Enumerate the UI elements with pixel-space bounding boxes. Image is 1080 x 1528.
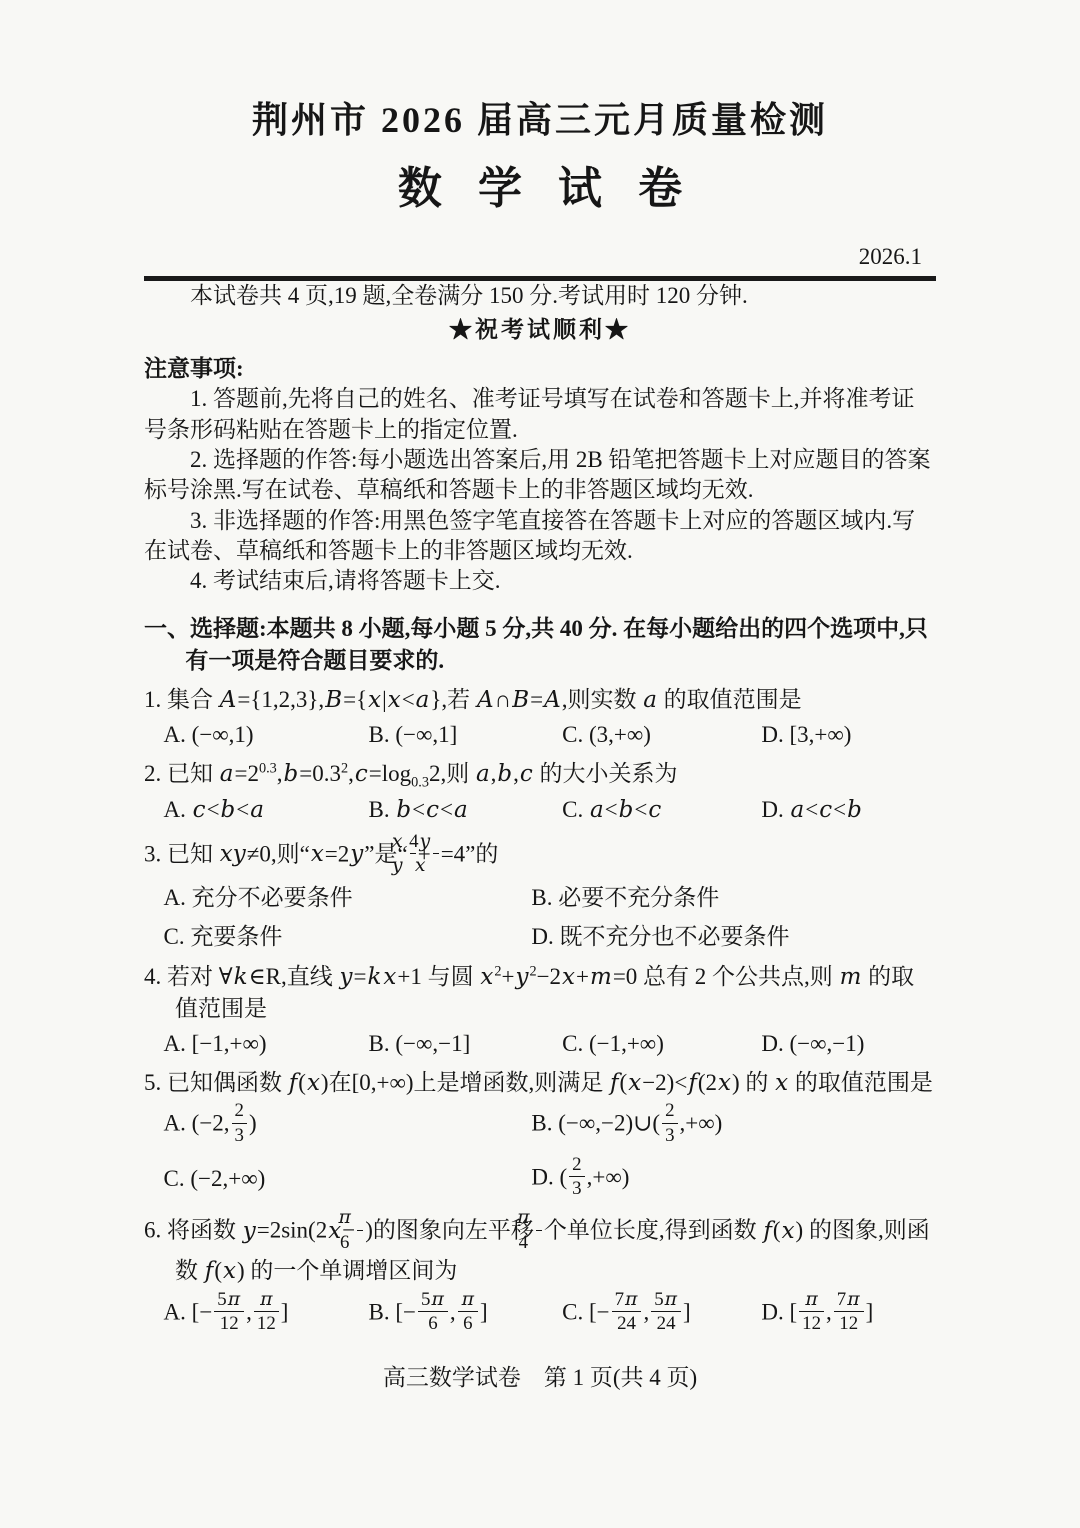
paper-summary: 本试卷共 4 页,19 题,全卷满分 150 分.考试用时 120 分钟. <box>144 281 936 311</box>
exam-title: 荆州市 2026 届高三元月质量检测 <box>144 100 936 141</box>
question-stem: 3. 已知 xy≠0,则“x=2y”是“xy+4yx=4”的 <box>144 833 936 879</box>
notice-item-1: 1. 答题前,先将自己的姓名、准考证号填写在试卷和答题卡上,并将准考证号条形码粘… <box>144 384 936 445</box>
fraction: 23 <box>662 1100 677 1146</box>
question-option: B. b<c<a <box>369 794 563 826</box>
question-option: A. 充分不必要条件 <box>164 882 532 914</box>
fraction: 5π24 <box>651 1289 681 1335</box>
fraction: 23 <box>232 1100 247 1146</box>
question-option: D. [3,+∞) <box>761 719 936 751</box>
question-option: D. 既不充分也不必要条件 <box>531 921 936 953</box>
question-option: A. c<b<a <box>164 794 369 826</box>
question-options: A. [−1,+∞)B. (−∞,−1]C. (−1,+∞)D. (−∞,−1) <box>144 1028 936 1060</box>
good-luck-line: ★祝考试顺利★ <box>144 315 936 345</box>
question-option: A. (−∞,1) <box>164 719 369 751</box>
fraction: 23 <box>569 1154 584 1200</box>
question-option: A. [−1,+∞) <box>164 1028 369 1060</box>
question-option: C. (3,+∞) <box>562 719 761 751</box>
question: 5. 已知偶函数 f(x)在[0,+∞)上是增函数,则满足 f(x−2)<f(2… <box>144 1067 936 1202</box>
question-option: A. (−2,23) <box>164 1102 532 1148</box>
fraction: π6 <box>357 1207 363 1253</box>
question-option: C. a<b<c <box>562 794 761 826</box>
question-stem: 1. 集合 A={1,2,3},B={x|x<a},若 A∩B=A,则实数 a … <box>144 684 936 716</box>
question: 4. 若对 ∀k∈R,直线 y=kx+1 与圆 x2+y2−2x+m=0 总有 … <box>144 961 936 1061</box>
fraction: 4yx <box>433 831 439 877</box>
section1-heading: 一、选择题:本题共 8 小题,每小题 5 分,共 40 分. 在每小题给出的四个… <box>144 613 936 677</box>
notice-item-2: 2. 选择题的作答:每小题选出答案后,用 2B 铅笔把答题卡上对应题目的答案标号… <box>144 445 936 506</box>
question-options: A. c<b<aB. b<c<aC. a<b<cD. a<c<b <box>144 794 936 826</box>
fraction: π6 <box>458 1289 478 1335</box>
question-option: C. (−2,+∞) <box>164 1163 532 1195</box>
fraction: 5π12 <box>214 1289 244 1335</box>
fraction: π12 <box>799 1289 824 1335</box>
question-options: A. (−2,23)B. (−∞,−2)∪(23,+∞)C. (−2,+∞)D.… <box>144 1102 936 1202</box>
notice-heading: 注意事项: <box>144 354 936 384</box>
notice-item-4: 4. 考试结束后,请将答题卡上交. <box>144 566 936 596</box>
subject-title: 数学试卷 <box>144 165 936 213</box>
page-footer: 高三数学试卷 第 1 页(共 4 页) <box>144 1363 936 1393</box>
question: 2. 已知 a=20.3,b=0.32,c=log0.32,则 a,b,c 的大… <box>144 758 936 825</box>
fraction: π12 <box>254 1289 279 1335</box>
question-option: D. [π12,7π12] <box>761 1291 936 1337</box>
question-options: A. [−5π12,π12]B. [−5π6,π6]C. [−7π24,5π24… <box>144 1291 936 1337</box>
question: 1. 集合 A={1,2,3},B={x|x<a},若 A∩B=A,则实数 a … <box>144 684 936 751</box>
question-stem: 2. 已知 a=20.3,b=0.32,c=log0.32,则 a,b,c 的大… <box>144 758 936 790</box>
question-options: A. 充分不必要条件B. 必要不充分条件C. 充要条件D. 既不充分也不必要条件 <box>144 882 936 953</box>
question-option: C. [−7π24,5π24] <box>562 1291 761 1337</box>
question-option: C. (−1,+∞) <box>562 1028 761 1060</box>
question-option: C. 充要条件 <box>164 921 532 953</box>
notice-section: 本试卷共 4 页,19 题,全卷满分 150 分.考试用时 120 分钟. ★祝… <box>144 281 936 597</box>
question-option: B. (−∞,1] <box>369 719 563 751</box>
fraction: 7π12 <box>834 1289 864 1335</box>
question-option: B. (−∞,−1] <box>369 1028 563 1060</box>
question-stem: 4. 若对 ∀k∈R,直线 y=kx+1 与圆 x2+y2−2x+m=0 总有 … <box>144 961 936 1025</box>
questions: 1. 集合 A={1,2,3},B={x|x<a},若 A∩B=A,则实数 a … <box>144 684 936 1337</box>
question-options: A. (−∞,1)B. (−∞,1]C. (3,+∞)D. [3,+∞) <box>144 719 936 751</box>
question-option: B. 必要不充分条件 <box>531 882 936 914</box>
question: 6. 将函数 y=2sin(2x−π6)的图象向左平移π4个单位长度,得到函数 … <box>144 1209 936 1337</box>
question-option: B. [−5π6,π6] <box>369 1291 563 1337</box>
fraction: π4 <box>536 1207 542 1253</box>
question-option: D. (23,+∞) <box>531 1156 936 1202</box>
fraction: 5π6 <box>418 1289 448 1335</box>
exam-date: 2026.1 <box>144 244 936 269</box>
question-stem: 5. 已知偶函数 f(x)在[0,+∞)上是增函数,则满足 f(x−2)<f(2… <box>144 1067 936 1099</box>
exam-page: 荆州市 2026 届高三元月质量检测 数学试卷 2026.1 本试卷共 4 页,… <box>144 0 936 1393</box>
fraction: 7π24 <box>612 1289 642 1335</box>
question-option: D. a<c<b <box>761 794 936 826</box>
notice-item-3: 3. 非选择题的作答:用黑色签字笔直接答在答题卡上对应的答题区域内.写在试卷、草… <box>144 506 936 567</box>
question: 3. 已知 xy≠0,则“x=2y”是“xy+4yx=4”的 A. 充分不必要条… <box>144 833 936 954</box>
question-option: D. (−∞,−1) <box>761 1028 936 1060</box>
question-option: B. (−∞,−2)∪(23,+∞) <box>531 1102 936 1148</box>
question-stem: 6. 将函数 y=2sin(2x−π6)的图象向左平移π4个单位长度,得到函数 … <box>144 1209 936 1288</box>
question-option: A. [−5π12,π12] <box>164 1291 369 1337</box>
